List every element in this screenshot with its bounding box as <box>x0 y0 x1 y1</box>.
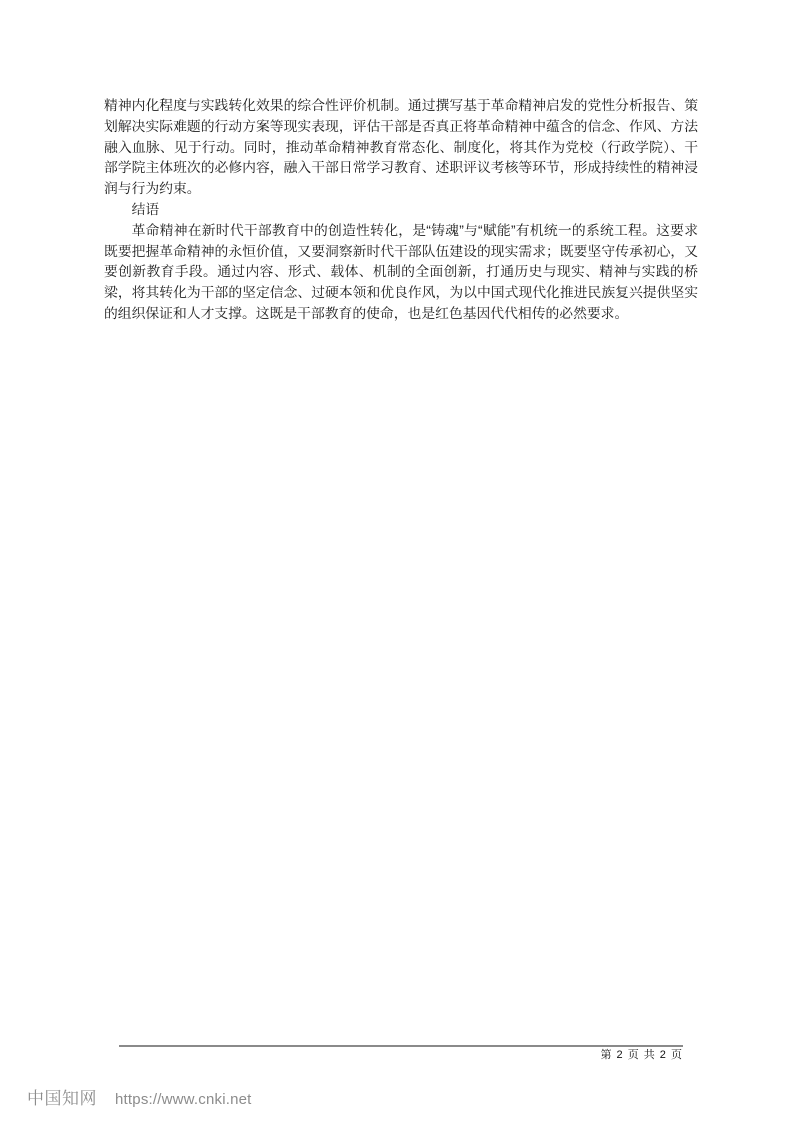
page-number: 第 2 页 共 2 页 <box>119 1048 683 1063</box>
body-paragraph-continuation: 精神内化程度与实践转化效果的综合性评价机制。通过撰写基于革命精神启发的党性分析报… <box>104 96 698 200</box>
document-content: 精神内化程度与实践转化效果的综合性评价机制。通过撰写基于革命精神启发的党性分析报… <box>104 96 698 325</box>
cnki-brand-text: 中国知网 <box>27 1084 97 1109</box>
section-heading-conclusion: 结语 <box>104 200 698 221</box>
footer-divider-line <box>119 1045 683 1047</box>
cnki-url-text: https://www.cnki.net <box>115 1091 252 1108</box>
body-paragraph-conclusion: 革命精神在新时代干部教育中的创造性转化，是“铸魂”与“赋能”有机统一的系统工程。… <box>104 221 698 325</box>
cnki-watermark: 中国知网 https://www.cnki.net <box>27 1084 252 1109</box>
